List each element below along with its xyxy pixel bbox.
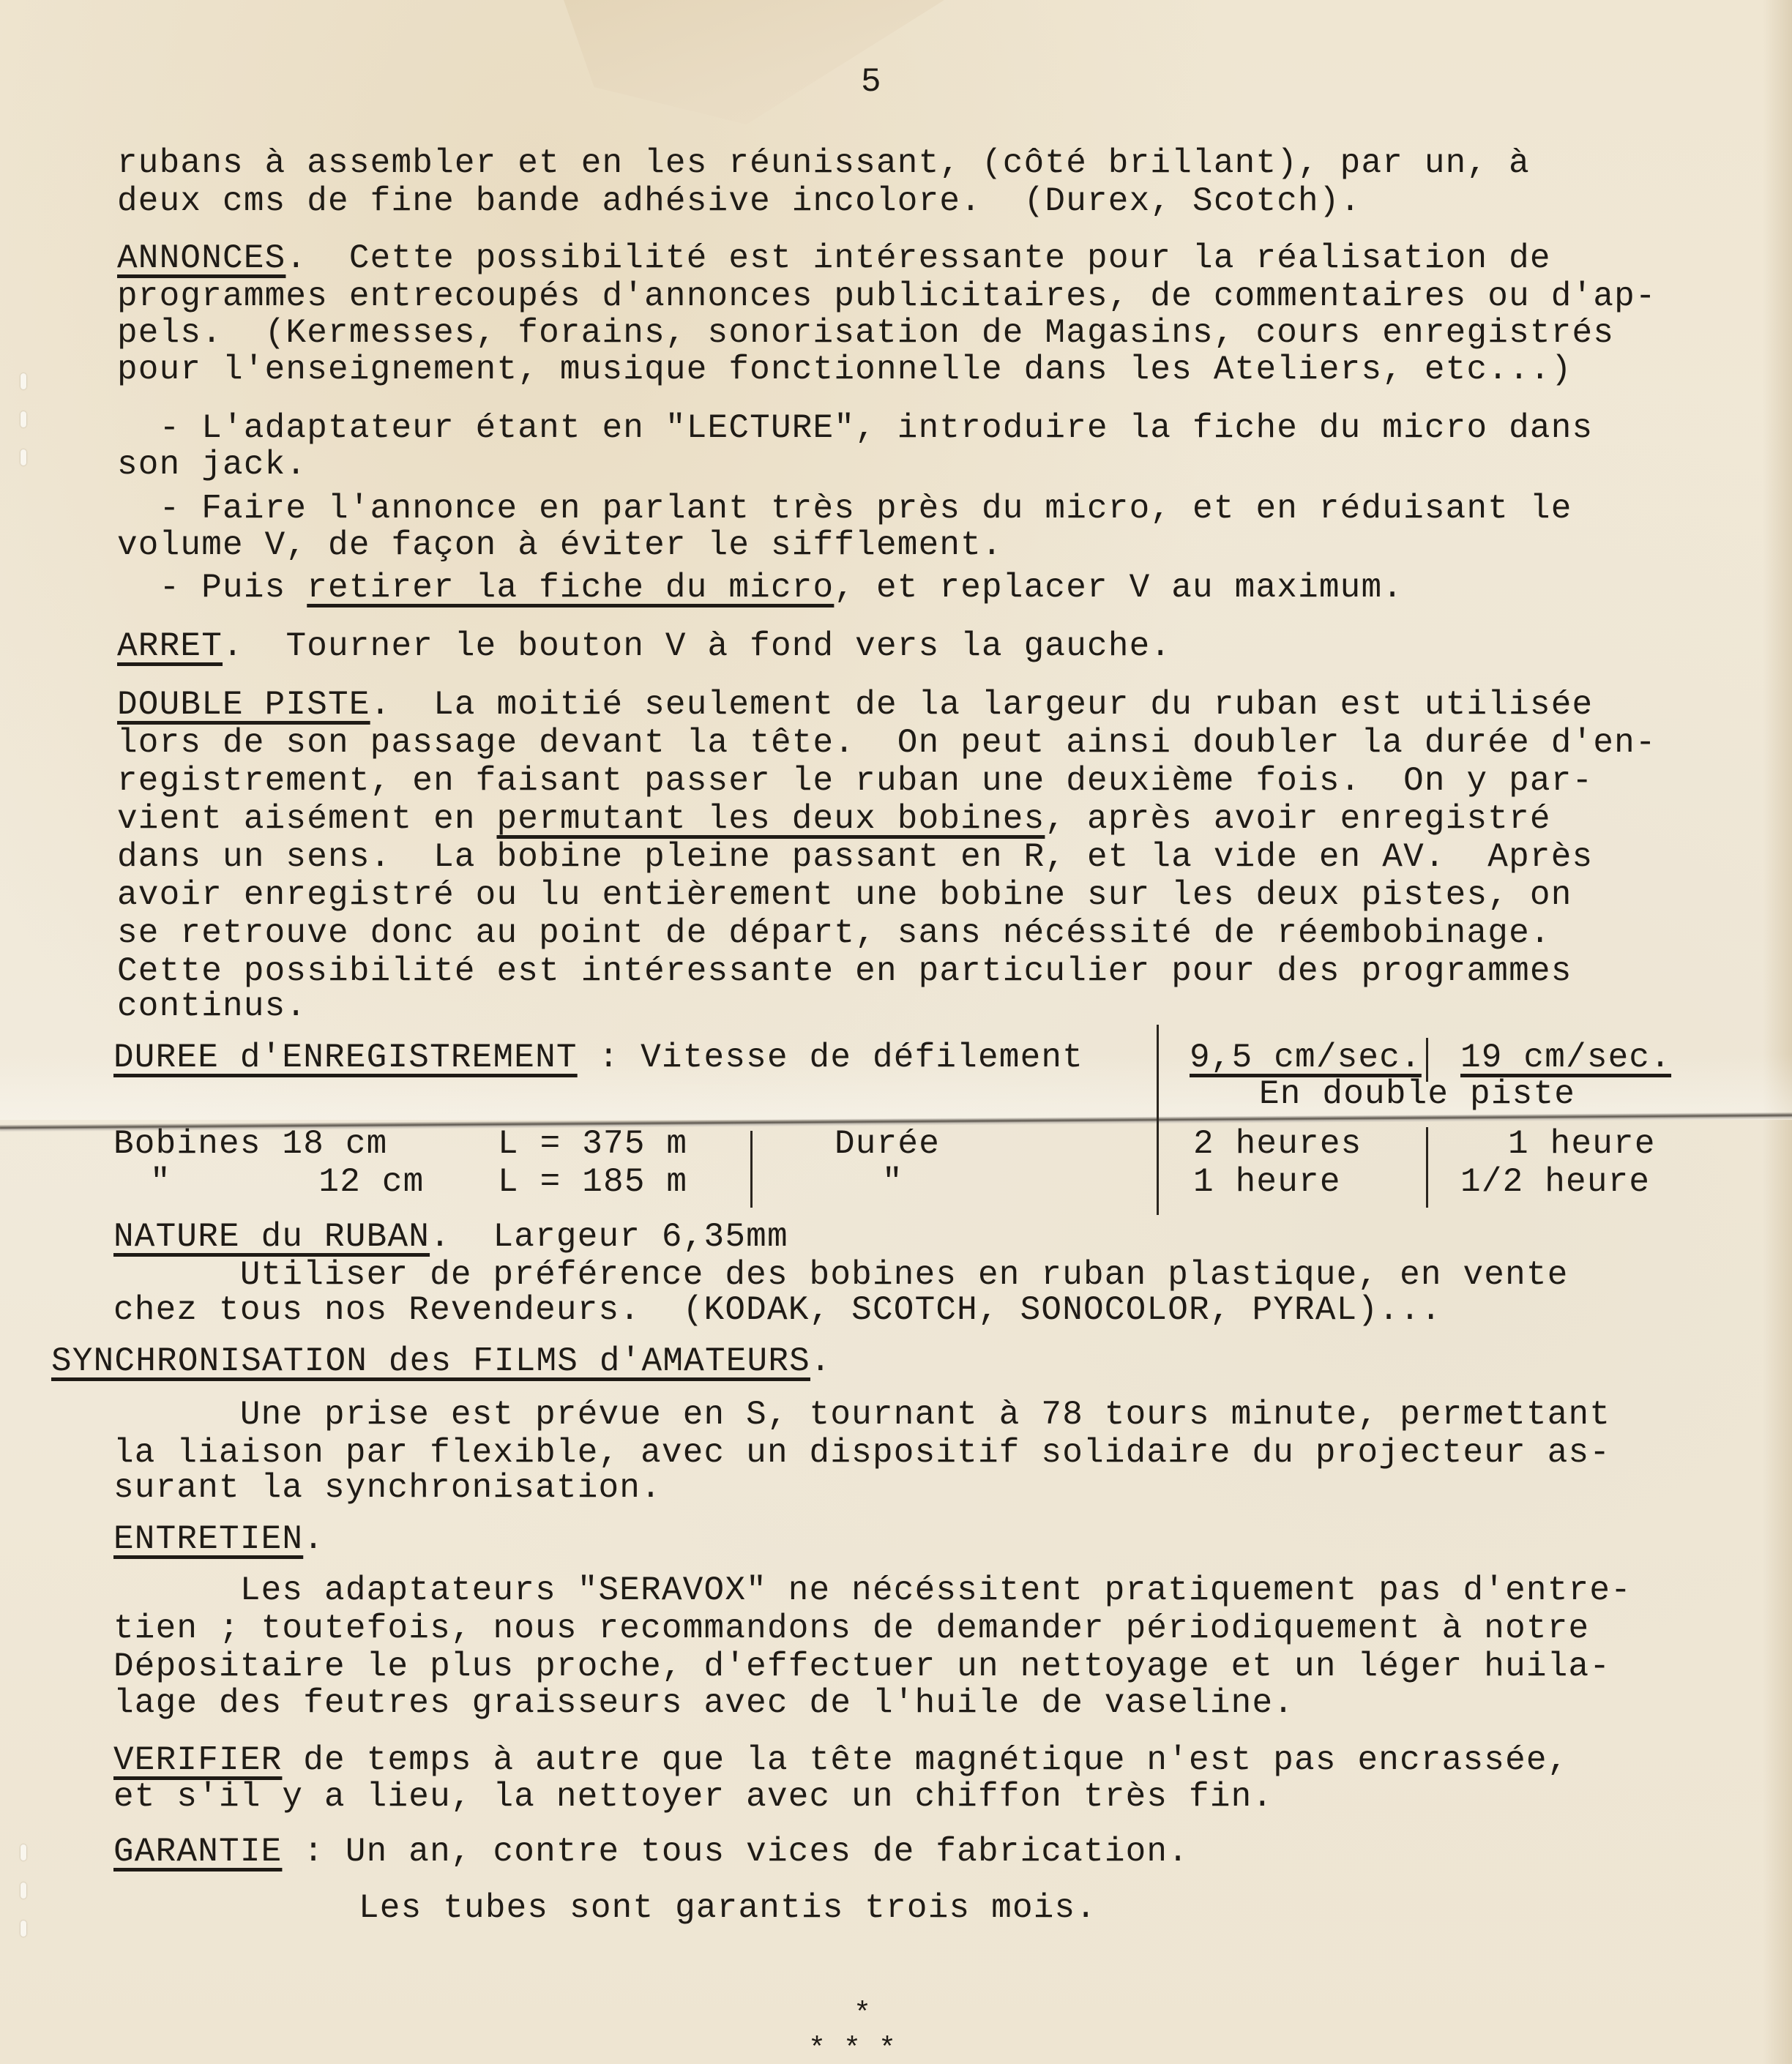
synchro-heading-line: SYNCHRONISATION des FILMS d'AMATEURS. bbox=[51, 1343, 832, 1380]
duration-speed-2: 1 heure bbox=[1508, 1126, 1656, 1162]
intro-line: deux cms de fine bande adhésive incolore… bbox=[117, 183, 1361, 220]
ornament-star-top: * bbox=[854, 1998, 871, 2031]
speed-header-1: 9,5 cm/sec. bbox=[1190, 1039, 1422, 1076]
entretien-heading-line: ENTRETIEN. bbox=[113, 1521, 324, 1558]
duree-header: DUREE d'ENREGISTREMENT : Vitesse de défi… bbox=[113, 1039, 1083, 1076]
speed-header-2: 19 cm/sec. bbox=[1460, 1039, 1671, 1076]
synchro-line: Une prise est prévue en S, tournant à 78… bbox=[113, 1396, 1610, 1433]
emphasis-permutant: permutant les deux bobines bbox=[496, 800, 1045, 838]
double-piste-line: Cette possibilité est intéressante en pa… bbox=[117, 953, 1572, 990]
section-heading-duree: DUREE d'ENREGISTREMENT bbox=[113, 1039, 578, 1077]
step-1: - L'adaptateur étant en "LECTURE", intro… bbox=[117, 410, 1593, 446]
step-2: - Faire l'annonce en parlant très près d… bbox=[117, 490, 1572, 527]
garantie-tubes: Les tubes sont garantis trois mois. bbox=[359, 1890, 1097, 1926]
entretien-line: Dépositaire le plus proche, d'effectuer … bbox=[113, 1648, 1610, 1685]
double-piste-line: vient aisément en permutant les deux bob… bbox=[117, 801, 1551, 837]
nature-line: Utiliser de préférence des bobines en ru… bbox=[113, 1257, 1569, 1293]
tape-length: L = 375 m bbox=[498, 1126, 687, 1162]
garantie-paragraph: GARANTIE : Un an, contre tous vices de f… bbox=[113, 1833, 1189, 1870]
annonces-paragraph: ANNONCES. Cette possibilité est intéress… bbox=[117, 240, 1551, 277]
double-piste-paragraph: DOUBLE PISTE. La moitié seulement de la … bbox=[117, 687, 1593, 723]
binding-holes-top bbox=[20, 373, 34, 487]
intro-line: rubans à assembler et en les réunissant,… bbox=[117, 145, 1530, 182]
verifier-line: et s'il y a lieu, la nettoyer avec un ch… bbox=[113, 1779, 1273, 1815]
annonces-line: pour l'enseignement, musique fonctionnel… bbox=[117, 351, 1572, 388]
arret-paragraph: ARRET. Tourner le bouton V à fond vers l… bbox=[117, 628, 1171, 665]
section-heading-double-piste: DOUBLE PISTE bbox=[117, 686, 370, 724]
section-heading-nature: NATURE du RUBAN bbox=[113, 1218, 430, 1256]
section-heading-annonces: ANNONCES bbox=[117, 239, 285, 277]
duree-label: " bbox=[882, 1164, 903, 1200]
bobine-size: " 12 cm bbox=[150, 1164, 424, 1200]
table-divider bbox=[750, 1131, 753, 1208]
double-piste-line: avoir enregistré ou lu entièrement une b… bbox=[117, 877, 1572, 913]
nature-line: chez tous nos Revendeurs. (KODAK, SCOTCH… bbox=[113, 1292, 1442, 1328]
emphasis-retirer: retirer la fiche du micro bbox=[307, 569, 834, 607]
document-page: 5 rubans à assembler et en les réunissan… bbox=[0, 0, 1792, 2064]
section-heading-garantie: GARANTIE bbox=[113, 1833, 282, 1871]
annonces-line: programmes entrecoupés d'annonces public… bbox=[117, 278, 1657, 315]
nature-paragraph: NATURE du RUBAN. Largeur 6,35mm bbox=[113, 1219, 788, 1255]
synchro-line: la liaison par flexible, avec un disposi… bbox=[113, 1435, 1610, 1471]
section-heading-synchro: SYNCHRONISATION des FILMS d'AMATEURS bbox=[51, 1342, 810, 1380]
section-heading-arret: ARRET bbox=[117, 627, 223, 665]
entretien-line: tien ; toutefois, nous recommandons de d… bbox=[113, 1610, 1589, 1647]
tape-length: L = 185 m bbox=[498, 1164, 687, 1200]
step-1-cont: son jack. bbox=[117, 446, 307, 483]
table-divider bbox=[1426, 1127, 1428, 1208]
double-piste-line: dans un sens. La bobine pleine passant e… bbox=[117, 839, 1593, 875]
synchro-line: surant la synchronisation. bbox=[113, 1470, 662, 1506]
double-piste-line: continus. bbox=[117, 988, 307, 1025]
annonces-line: pels. (Kermesses, forains, sonorisation … bbox=[117, 315, 1614, 351]
section-heading-entretien: ENTRETIEN bbox=[113, 1520, 303, 1558]
verifier-paragraph: VERIFIER de temps à autre que la tête ma… bbox=[113, 1742, 1569, 1779]
double-piste-line: lors de son passage devant la tête. On p… bbox=[117, 725, 1657, 761]
duration-speed-1: 2 heures bbox=[1193, 1126, 1362, 1162]
double-piste-subheader: En double piste bbox=[1259, 1076, 1575, 1113]
bobine-size: Bobines 18 cm bbox=[113, 1126, 387, 1162]
section-heading-verifier: VERIFIER bbox=[113, 1741, 282, 1779]
entretien-line: lage des feutres graisseurs avec de l'hu… bbox=[113, 1685, 1294, 1721]
double-piste-line: se retrouve donc au point de départ, san… bbox=[117, 915, 1551, 951]
entretien-line: Les adaptateurs "SERAVOX" ne nécéssitent… bbox=[113, 1572, 1632, 1609]
duration-speed-1: 1 heure bbox=[1193, 1164, 1341, 1200]
page-number: 5 bbox=[861, 63, 881, 101]
paper-edge bbox=[1763, 0, 1792, 2064]
table-divider bbox=[1157, 1025, 1159, 1215]
duration-speed-2: 1/2 heure bbox=[1460, 1164, 1650, 1200]
ornament-stars-bottom: * * * bbox=[808, 2033, 896, 2064]
binding-holes-bottom bbox=[20, 1844, 34, 1959]
double-piste-line: registrement, en faisant passer le ruban… bbox=[117, 763, 1593, 799]
torn-corner bbox=[564, 0, 944, 124]
step-2-cont: volume V, de façon à éviter le sifflemen… bbox=[117, 527, 1003, 564]
step-3: - Puis retirer la fiche du micro, et rep… bbox=[117, 569, 1403, 606]
duree-label: Durée bbox=[835, 1126, 940, 1162]
